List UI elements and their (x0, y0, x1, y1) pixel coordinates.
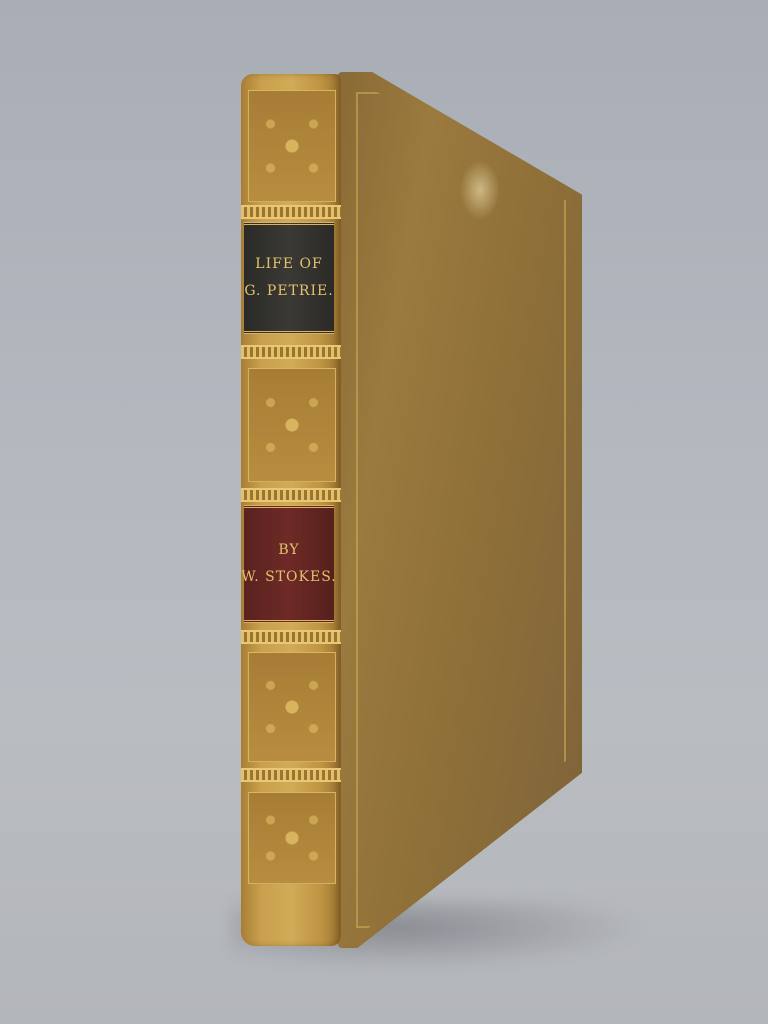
author-line-2: W. STOKES. (241, 564, 336, 591)
spine-ornament-panel (248, 368, 336, 482)
leather-scuff-mark (460, 160, 500, 220)
spine-raised-band (241, 488, 341, 502)
title-line-2: G. PETRIE. (244, 278, 333, 305)
author-line-1: BY (278, 537, 299, 564)
spine-raised-band (241, 205, 341, 219)
title-line-1: LIFE OF (255, 251, 322, 278)
spine-ornament-panel-top (248, 90, 336, 202)
spine-title-label: LIFE OF G. PETRIE. (244, 222, 334, 334)
spine-raised-band (241, 345, 341, 359)
spine-ornament-panel (248, 652, 336, 762)
photo-scene: LIFE OF G. PETRIE. BY W. STOKES. (0, 0, 768, 1024)
spine-author-label: BY W. STOKES. (244, 505, 334, 623)
spine-raised-band (241, 630, 341, 644)
spine-raised-band (241, 768, 341, 782)
spine-ornament-panel-bottom (248, 792, 336, 884)
